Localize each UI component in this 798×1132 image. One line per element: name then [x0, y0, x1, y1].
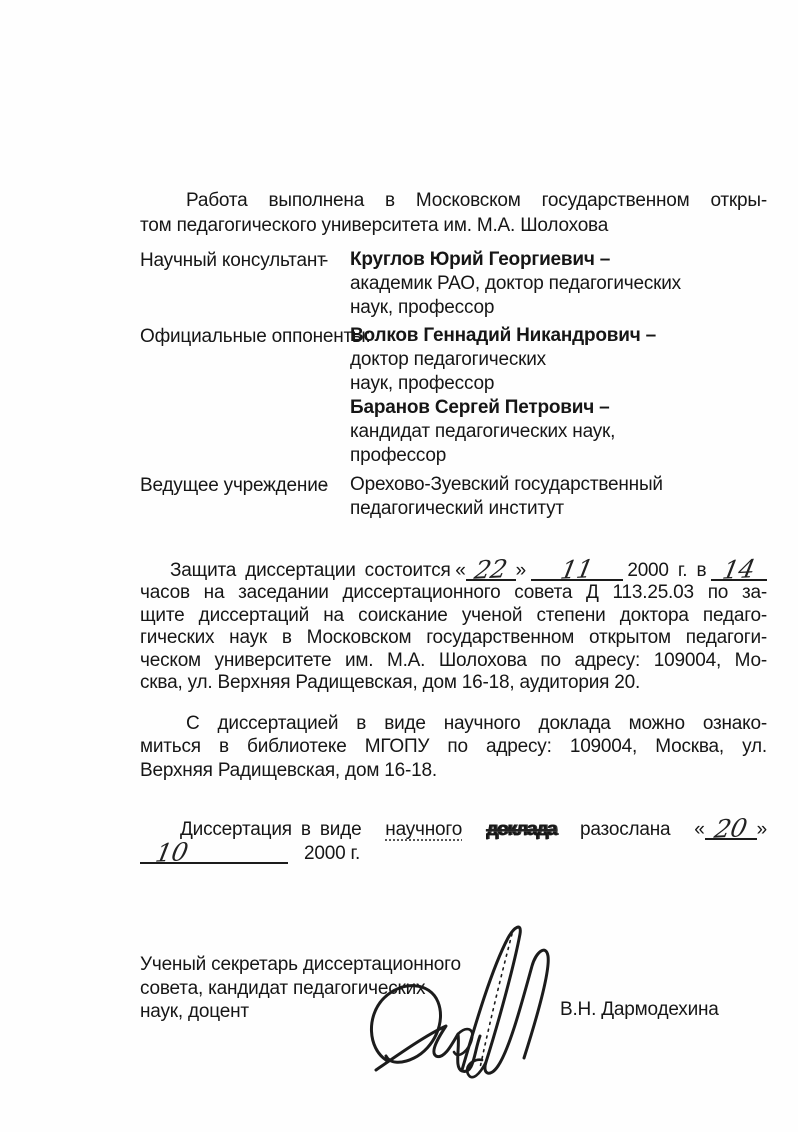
handwritten-hour: 14 — [722, 562, 757, 578]
defense-line: ческом университете им. М.А. Шолохова по… — [140, 650, 767, 673]
scanned-document-page: Работа выполнена в Московском государств… — [0, 0, 798, 1132]
consultant-desc: академик РАО, доктор педагогических — [350, 272, 767, 296]
opponent-name: Волков Геннадий Никандрович – — [350, 324, 767, 348]
mailed-line-1: Диссертация в виде научного доклада разо… — [140, 818, 767, 842]
mailed-text: Диссертация в виде — [180, 818, 361, 842]
library-paragraph: С диссертацией в виде научного доклада м… — [140, 712, 767, 783]
mailed-month-field: 10 — [140, 842, 288, 864]
defense-line: часов на заседании диссертационного сове… — [140, 582, 767, 605]
consultant-name: Круглов Юрий Георгиевич – — [350, 248, 767, 272]
quote-open: « — [694, 819, 704, 840]
leading-org-dash: - — [322, 473, 350, 498]
handwritten-month: 10 — [154, 845, 189, 861]
mailed-paragraph: Диссертация в виде научного доклада разо… — [140, 818, 767, 866]
defense-text: 2000 г. в — [627, 559, 706, 582]
opponent-name: Баранов Сергей Петрович – — [350, 396, 767, 420]
defense-paragraph: Защита диссертации состоится «22» 11 200… — [140, 559, 767, 695]
library-line: Верхняя Радищевская, дом 16-18. — [140, 759, 767, 783]
consultant-desc: наук, профессор — [350, 296, 767, 320]
handwritten-month: 11 — [559, 562, 594, 578]
leading-org-row: Ведущее учреждение - Орехово-Зуевский го… — [140, 473, 767, 521]
handwritten-day: 20 — [713, 821, 748, 837]
smudged-word: научного — [385, 818, 462, 842]
consultant-label: Научный консультант — [140, 248, 322, 273]
defense-line-1: Защита диссертации состоится «22» 11 200… — [140, 559, 767, 582]
intro-line: том педагогического университета им. М.А… — [140, 213, 767, 238]
library-line: миться в библиотеке МГОПУ по адресу: 109… — [140, 735, 767, 759]
intro-line: Работа выполнена в Московском государств… — [140, 188, 767, 213]
defense-line: сква, ул. Верхняя Радищевская, дом 16-18… — [140, 672, 767, 695]
intro-paragraph: Работа выполнена в Московском государств… — [140, 188, 767, 238]
defense-month-field: 11 — [531, 559, 623, 581]
mailed-year: 2000 г. — [304, 843, 360, 864]
consultant-dash: - — [322, 248, 350, 273]
consultant-value: Круглов Юрий Георгиевич – академик РАО, … — [350, 248, 767, 320]
overprinted-word: доклада — [486, 818, 556, 842]
leading-org-label: Ведущее учреждение — [140, 473, 322, 498]
defense-text: Защита диссертации состоится — [170, 559, 451, 582]
opponent-desc: профессор — [350, 444, 767, 468]
secretary-name: В.Н. Дармодехина — [560, 999, 719, 1021]
defense-hour-field: 14 — [711, 559, 767, 581]
handwritten-day: 22 — [473, 562, 508, 578]
defense-day-field: «22» — [455, 559, 526, 582]
mailed-line-2: 102000 г. — [140, 842, 767, 866]
mailed-day-field: «20» — [694, 818, 767, 842]
blank-underline: 22 — [466, 559, 516, 581]
opponents-row: Официальные оппоненты: Волков Геннадий Н… — [140, 324, 767, 468]
opponent-desc: доктор педагогических — [350, 348, 767, 372]
defense-line: щите диссертаций на соискание ученой сте… — [140, 605, 767, 628]
text-column: Работа выполнена в Московском государств… — [140, 0, 767, 1024]
opponent-desc: кандидат педагогических наук, — [350, 420, 767, 444]
quote-open: « — [455, 560, 465, 581]
quote-close: » — [757, 819, 767, 840]
blank-underline: 20 — [705, 818, 757, 840]
leading-org-value: Орехово-Зуевский государственный педагог… — [350, 473, 767, 521]
quote-close: » — [516, 560, 526, 581]
mailed-text: разослана — [580, 818, 670, 842]
consultant-row: Научный консультант - Круглов Юрий Георг… — [140, 248, 767, 320]
signature-scribble — [362, 910, 572, 1092]
opponent-desc: наук, профессор — [350, 372, 767, 396]
defense-line: гических наук в Московском государственн… — [140, 627, 767, 650]
library-line: С диссертацией в виде научного доклада м… — [140, 712, 767, 736]
opponents-label: Официальные оппоненты: — [140, 324, 350, 349]
opponents-value: Волков Геннадий Никандрович – доктор пед… — [350, 324, 767, 468]
leading-org-line: Орехово-Зуевский государственный — [350, 473, 767, 497]
leading-org-line: педагогический институт — [350, 497, 767, 521]
